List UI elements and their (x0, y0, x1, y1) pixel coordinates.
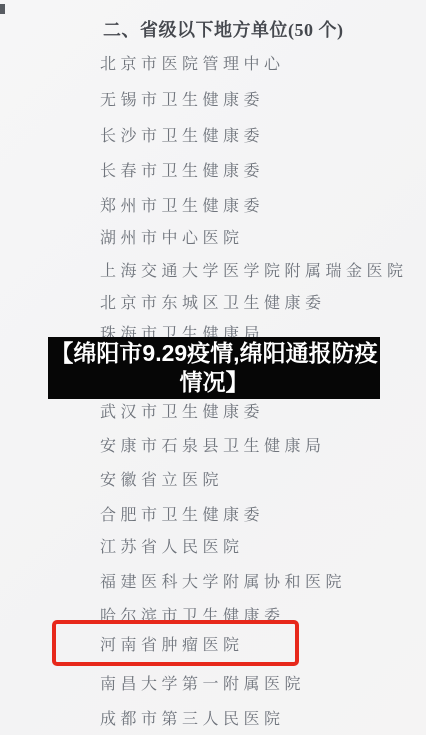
list-item: 江苏省人民医院 (100, 538, 244, 557)
caption-line-1: 【绵阳市9.29疫情,绵阳通报防疫 (48, 339, 380, 368)
list-item: 湖州市中心医院 (100, 229, 244, 248)
section-heading: 二、省级以下地方单位(50 个) (103, 16, 344, 42)
caption-overlay: 【绵阳市9.29疫情,绵阳通报防疫 情况】 (48, 337, 380, 399)
list-item: 安徽省立医院 (100, 471, 223, 490)
highlight-box (52, 620, 299, 666)
list-item: 长春市卫生健康委 (100, 162, 264, 181)
document-page: 二、省级以下地方单位(50 个) 北京市医院管理中心 无锡市卫生健康委 长沙市卫… (0, 0, 426, 735)
list-item: 北京市东城区卫生健康委 (100, 294, 326, 313)
scan-artifact (0, 4, 5, 14)
list-item: 安康市石泉县卫生健康局 (100, 437, 326, 456)
list-item: 上海交通大学医学院附属瑞金医院 (100, 262, 408, 281)
caption-line-2: 情况】 (48, 368, 380, 397)
list-item: 郑州市卫生健康委 (100, 197, 264, 216)
list-item: 南昌大学第一附属医院 (100, 675, 305, 694)
list-item: 合肥市卫生健康委 (100, 506, 264, 525)
list-item: 武汉市卫生健康委 (100, 403, 264, 422)
list-item: 无锡市卫生健康委 (100, 91, 264, 110)
list-item: 福建医科大学附属协和医院 (100, 573, 346, 592)
list-item: 北京市医院管理中心 (100, 55, 285, 74)
list-item: 成都市第三人民医院 (100, 710, 285, 729)
list-item: 长沙市卫生健康委 (100, 127, 264, 146)
